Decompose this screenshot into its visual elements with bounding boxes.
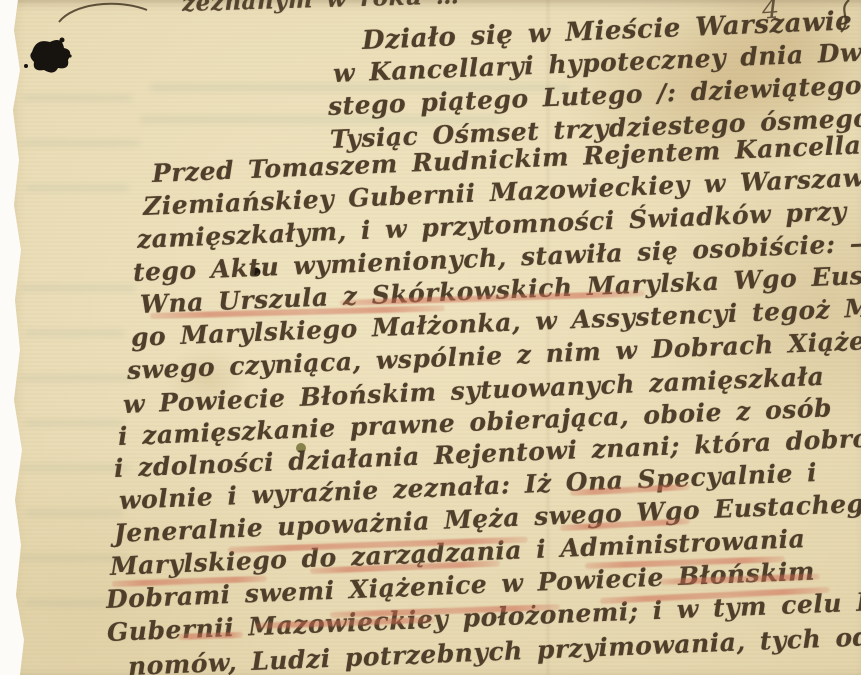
bleedthrough-line [22,95,132,101]
manuscript-line-fragment: zeznanym w roku … [182,0,460,17]
ink-blot [18,26,90,86]
scanned-document: zeznanym w roku … 4 Działo się w Mieście… [0,0,861,675]
bleedthrough-line [20,375,132,381]
manuscript-page: zeznanym w roku … 4 Działo się w Mieście… [0,0,861,675]
pen-flourish [55,0,155,28]
bleedthrough-line [25,510,123,516]
bleedthrough-line [20,140,140,146]
bleedthrough-line [20,285,135,291]
bleedthrough-line [25,330,125,336]
bleedthrough-line [24,185,129,191]
bleedthrough-line [24,420,124,426]
